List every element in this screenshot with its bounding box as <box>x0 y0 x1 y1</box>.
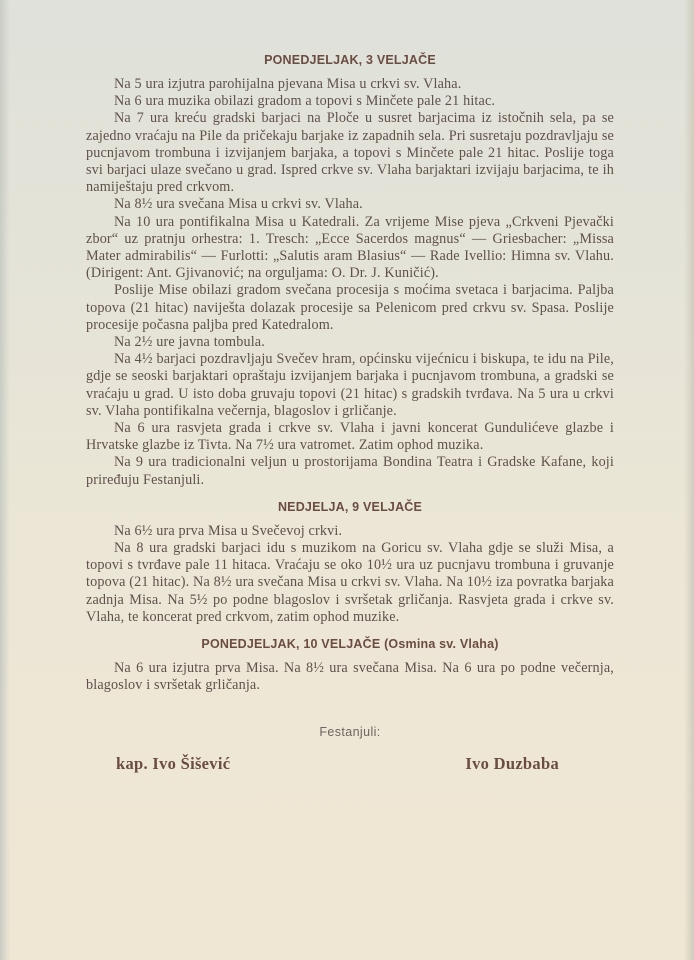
document-body: PONEDJELJAK, 3 VELJAČE Na 5 ura izjutra … <box>86 52 614 774</box>
signatory-name: Ivo Duzbaba <box>465 754 559 774</box>
paragraph: Na 2½ ure javna tombula. <box>86 334 614 351</box>
section-heading-title: PONEDJELJAK, 10 VELJAČE <box>201 637 380 651</box>
section-spacer <box>86 489 614 499</box>
section-spacer <box>86 626 614 636</box>
paragraph: Na 8 ura gradski barjaci idu s muzikom n… <box>86 540 614 626</box>
signatory-name: kap. Ivo Šišević <box>116 754 230 774</box>
section-monday-10: PONEDJELJAK, 10 VELJAČE (Osmina sv. Vlah… <box>86 636 614 694</box>
signatures: kap. Ivo Šišević Ivo Duzbaba <box>86 754 614 774</box>
page-edge-right <box>684 0 694 960</box>
section-heading-note: (Osmina sv. Vlaha) <box>384 637 499 651</box>
paragraph: Na 4½ barjaci pozdravljaju Svečev hram, … <box>86 351 614 420</box>
paragraph: Na 6 ura muzika obilazi gradom a topovi … <box>86 93 614 110</box>
signature-label: Festanjuli: <box>86 725 614 739</box>
paragraph: Na 7 ura kreću gradski barjaci na Ploče … <box>86 110 614 196</box>
paragraph: Poslije Mise obilazi gradom svečana proc… <box>86 282 614 334</box>
page-edge-left <box>0 0 10 960</box>
section-heading: PONEDJELJAK, 10 VELJAČE (Osmina sv. Vlah… <box>86 636 614 652</box>
paragraph: Na 6 ura rasvjeta grada i crkve sv. Vlah… <box>86 420 614 454</box>
paragraph: Na 10 ura pontifikalna Misa u Katedrali.… <box>86 214 614 283</box>
paragraph: Na 8½ ura svečana Misa u crkvi sv. Vlaha… <box>86 196 614 213</box>
paragraph: Na 9 ura tradicionalni veljun u prostori… <box>86 454 614 488</box>
section-heading: NEDJELJA, 9 VELJAČE <box>86 499 614 515</box>
section-sunday-9: NEDJELJA, 9 VELJAČE Na 6½ ura prva Misa … <box>86 499 614 626</box>
section-heading: PONEDJELJAK, 3 VELJAČE <box>86 52 614 68</box>
paragraph: Na 5 ura izjutra parohijalna pjevana Mis… <box>86 76 614 93</box>
paragraph: Na 6 ura izjutra prva Misa. Na 8½ ura sv… <box>86 660 614 694</box>
paragraph: Na 6½ ura prva Misa u Svečevoj crkvi. <box>86 523 614 540</box>
section-monday-3: PONEDJELJAK, 3 VELJAČE Na 5 ura izjutra … <box>86 52 614 489</box>
